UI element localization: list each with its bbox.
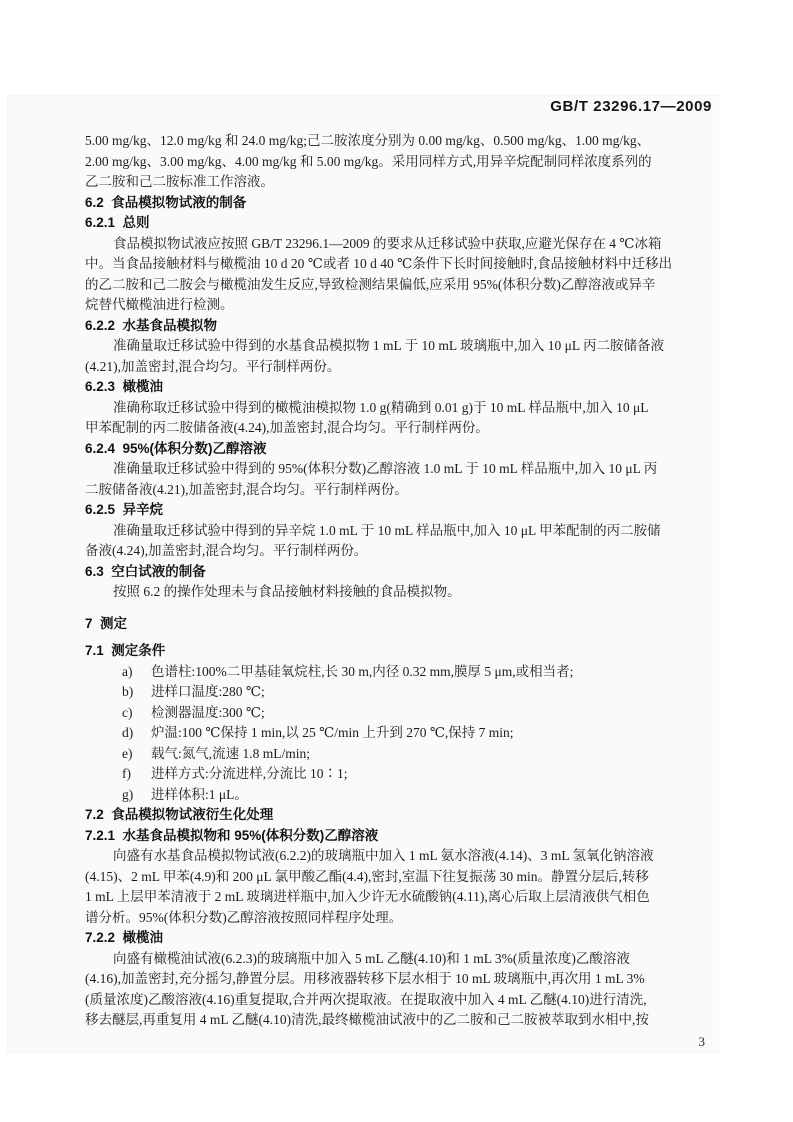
section-heading: 6.2.5 异辛烷 xyxy=(85,500,714,521)
chapter-heading: 7 测定 xyxy=(85,614,714,635)
section-heading: 7.2.2 橄榄油 xyxy=(85,928,714,949)
text-line: 甲苯配制的丙二胺储备液(4.24),加盖密封,混合均匀。平行制样两份。 xyxy=(85,418,714,439)
paragraph-line: 向盛有水基食品模拟物试液(6.2.2)的玻璃瓶中加入 1 mL 氨水溶液(4.1… xyxy=(85,846,714,867)
list-item-label: f) xyxy=(122,764,151,785)
list-item-text: 色谱柱:100%二甲基硅氧烷柱,长 30 m,内径 0.32 mm,膜厚 5 μ… xyxy=(151,664,573,679)
paragraph-line: 准确称取迁移试验中得到的橄榄油模拟物 1.0 g(精确到 0.01 g)于 10… xyxy=(85,398,714,419)
text-line: (4.21),加盖密封,混合均匀。平行制样两份。 xyxy=(85,357,714,378)
list-item: e)载气:氮气,流速 1.8 mL/min; xyxy=(85,744,714,765)
text-line: 二胺储备液(4.21),加盖密封,混合均匀。平行制样两份。 xyxy=(85,480,714,501)
list-item-text: 进样方式:分流进样,分流比 10∶1; xyxy=(151,766,348,781)
text-line: 谱分析。95%(体积分数)乙醇溶液按照同样程序处理。 xyxy=(85,908,714,929)
section-heading: 7.2.1 水基食品模拟物和 95%(体积分数)乙醇溶液 xyxy=(85,826,714,847)
text-line: 的乙二胺和己二胺会与橄榄油发生反应,导致检测结果偏低,应采用 95%(体积分数)… xyxy=(85,275,714,296)
section-heading: 6.3 空白试液的制备 xyxy=(85,562,714,583)
paragraph-line: 食品模拟物试液应按照 GB/T 23296.1—2009 的要求从迁移试验中获取… xyxy=(85,234,714,255)
text-line: (质量浓度)乙酸溶液(4.16)重复提取,合并两次提取液。在提取液中加入 4 m… xyxy=(85,990,714,1011)
paragraph-line: 向盛有橄榄油试液(6.2.3)的玻璃瓶中加入 5 mL 乙醚(4.10)和 1 … xyxy=(85,949,714,970)
section-heading: 6.2.2 水基食品模拟物 xyxy=(85,316,714,337)
list-item-text: 进样体积:1 μL。 xyxy=(151,787,248,802)
text-line: 移去醚层,再重复用 4 mL 乙醚(4.10)清洗,最终橄榄油试液中的乙二胺和己… xyxy=(85,1010,714,1031)
text-line: 备液(4.24),加盖密封,混合均匀。平行制样两份。 xyxy=(85,541,714,562)
standard-number-header: GB/T 23296.17—2009 xyxy=(7,95,719,115)
list-item: f)进样方式:分流进样,分流比 10∶1; xyxy=(85,764,714,785)
list-item-label: d) xyxy=(122,723,151,744)
section-heading: 7.1 测定条件 xyxy=(85,641,714,662)
list-item-text: 检测器温度:300 ℃; xyxy=(151,705,265,720)
text-line: 烷替代橄榄油进行检测。 xyxy=(85,295,714,316)
paragraph-line: 准确量取迁移试验中得到的水基食品模拟物 1 mL 于 10 mL 玻璃瓶中,加入… xyxy=(85,336,714,357)
section-heading: 6.2.3 橄榄油 xyxy=(85,377,714,398)
list-item-label: g) xyxy=(122,785,151,806)
paragraph-line: 准确量取迁移试验中得到的 95%(体积分数)乙醇溶液 1.0 mL 于 10 m… xyxy=(85,459,714,480)
list-item-label: e) xyxy=(122,744,151,765)
list-item: g)进样体积:1 μL。 xyxy=(85,785,714,806)
text-line: 乙二胺和己二胺标准工作溶液。 xyxy=(85,172,714,193)
text-line: (4.15)、2 mL 甲苯(4.9)和 200 μL 氯甲酸乙酯(4.4),密… xyxy=(85,867,714,888)
list-item-label: c) xyxy=(122,703,151,724)
section-heading: 6.2.1 总则 xyxy=(85,213,714,234)
page-number: 3 xyxy=(699,1034,706,1050)
list-item-text: 炉温:100 ℃保持 1 min,以 25 ℃/min 上升到 270 ℃,保持… xyxy=(151,725,514,740)
document-page: GB/T 23296.17—2009 5.00 mg/kg、12.0 mg/kg… xyxy=(7,95,719,1053)
section-heading: 7.2 食品模拟物试液衍生化处理 xyxy=(85,805,714,826)
list-item-text: 进样口温度:280 ℃; xyxy=(151,684,265,699)
document-body: 5.00 mg/kg、12.0 mg/kg 和 24.0 mg/kg;己二胺浓度… xyxy=(7,131,719,1031)
text-line: 5.00 mg/kg、12.0 mg/kg 和 24.0 mg/kg;己二胺浓度… xyxy=(85,131,714,152)
list-item-label: b) xyxy=(122,682,151,703)
list-item-text: 载气:氮气,流速 1.8 mL/min; xyxy=(151,746,310,761)
list-item-label: a) xyxy=(122,662,151,683)
list-item: b)进样口温度:280 ℃; xyxy=(85,682,714,703)
paragraph-line: 按照 6.2 的操作处理未与食品接触材料接触的食品模拟物。 xyxy=(85,582,714,603)
list-item: c)检测器温度:300 ℃; xyxy=(85,703,714,724)
list-item: d)炉温:100 ℃保持 1 min,以 25 ℃/min 上升到 270 ℃,… xyxy=(85,723,714,744)
text-line: 1 mL 上层甲苯清液于 2 mL 玻璃进样瓶中,加入少许无水硫酸钠(4.11)… xyxy=(85,887,714,908)
text-line: 中。当食品接触材料与橄榄油 10 d 20 ℃或者 10 d 40 ℃条件下长时… xyxy=(85,254,714,275)
paragraph-line: 准确量取迁移试验中得到的异辛烷 1.0 mL 于 10 mL 样品瓶中,加入 1… xyxy=(85,521,714,542)
list-item: a)色谱柱:100%二甲基硅氧烷柱,长 30 m,内径 0.32 mm,膜厚 5… xyxy=(85,662,714,683)
text-line: (4.16),加盖密封,充分摇匀,静置分层。用移液器转移下层水相于 10 mL … xyxy=(85,969,714,990)
section-heading: 6.2 食品模拟物试液的制备 xyxy=(85,193,714,214)
section-heading: 6.2.4 95%(体积分数)乙醇溶液 xyxy=(85,439,714,460)
text-line: 2.00 mg/kg、3.00 mg/kg、4.00 mg/kg 和 5.00 … xyxy=(85,152,714,173)
